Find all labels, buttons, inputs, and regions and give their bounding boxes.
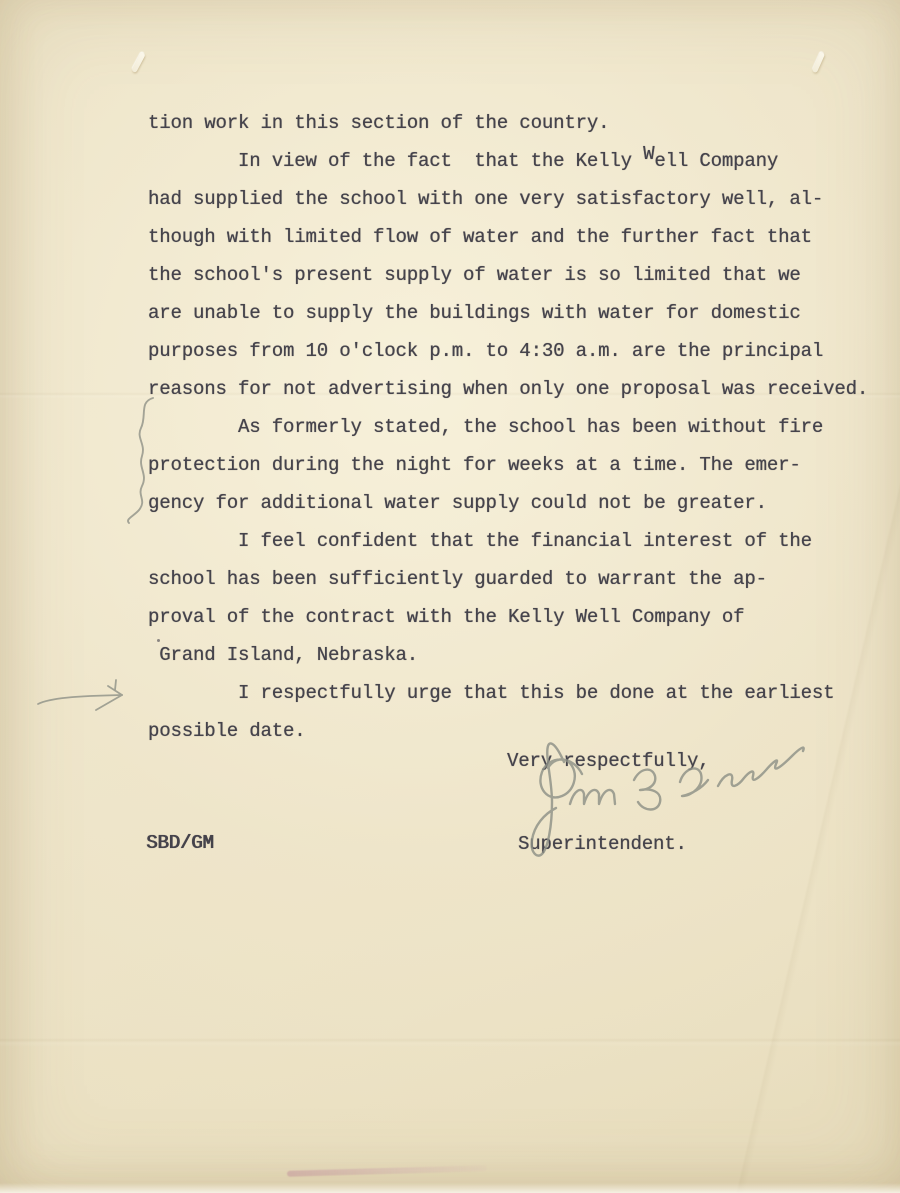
letter-line: Grand Island, Nebraska. bbox=[148, 636, 893, 674]
letter-line: though with limited flow of water and th… bbox=[148, 218, 893, 256]
letter-line: purposes from 10 o'clock p.m. to 4:30 a.… bbox=[148, 332, 893, 370]
typist-initials: SBD/GM bbox=[146, 834, 214, 853]
letter-line: school has been sufficiently guarded to … bbox=[148, 560, 893, 598]
letter-line-segment: ell Company bbox=[654, 150, 778, 172]
letter-scan-page: { "document": { "kind": "typewritten-let… bbox=[0, 0, 900, 1193]
raised-typed-letter: W bbox=[643, 143, 654, 165]
letter-line: reasons for not advertising when only on… bbox=[148, 370, 893, 408]
letter-line: proval of the contract with the Kelly We… bbox=[148, 598, 893, 636]
letter-line: I respectfully urge that this be done at… bbox=[148, 674, 893, 712]
letter-body: tion work in this section of the country… bbox=[148, 104, 893, 750]
letter-line: As formerly stated, the school has been … bbox=[148, 408, 893, 446]
stray-ink-dot bbox=[157, 639, 160, 642]
signature-title: Superintendent. bbox=[518, 835, 687, 854]
letter-line: had supplied the school with one very sa… bbox=[148, 180, 893, 218]
letter-line: tion work in this section of the country… bbox=[148, 104, 893, 142]
letter-line: I feel confident that the financial inte… bbox=[148, 522, 893, 560]
closing-salutation: Very respectfully, bbox=[507, 752, 710, 771]
letter-line: possible date. bbox=[148, 712, 893, 750]
letter-line: gency for additional water supply could … bbox=[148, 484, 893, 522]
letter-line: the school's present supply of water is … bbox=[148, 256, 893, 294]
letter-line-segment: In view of the fact that the Kelly bbox=[148, 150, 643, 172]
letter-line: protection during the night for weeks at… bbox=[148, 446, 893, 484]
letter-line: are unable to supply the buildings with … bbox=[148, 294, 893, 332]
letter-line: In view of the fact that the Kelly Well … bbox=[148, 142, 893, 180]
